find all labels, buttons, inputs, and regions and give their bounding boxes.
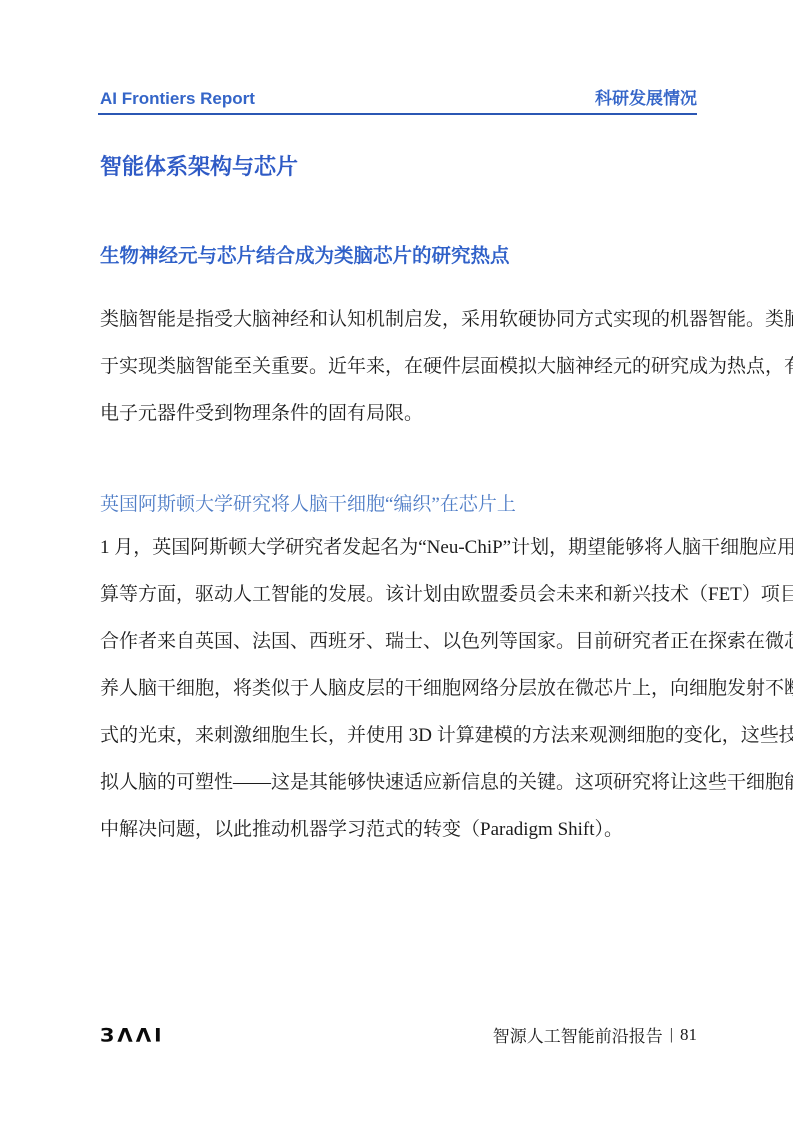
text-line: 合作者来自英国、法国、西班牙、瑞士、以色列等国家。目前研究者正在探索在微芯片上培 [100, 618, 698, 665]
header-section-label: 科研发展情况 [595, 84, 697, 109]
page-number: 81 [680, 1025, 697, 1045]
intro-paragraph: 类脑智能是指受大脑神经和认知机制启发，采用软硬协同方式实现的机器智能。类脑芯片对… [100, 296, 698, 437]
text-line: 拟人脑的可塑性——这是其能够快速适应新信息的关键。这项研究将让这些干细胞能够从数… [100, 759, 698, 806]
report-title: AI Frontiers Report [100, 89, 255, 109]
document-page: AI Frontiers Report 科研发展情况 智能体系架构与芯片 生物神… [0, 0, 793, 1122]
text-line: 1 月，英国阿斯顿大学研究者发起名为“Neu-ChiP”计划，期望能够将人脑干细… [100, 524, 698, 571]
text-line: 电子元器件受到物理条件的固有局限。 [100, 390, 698, 437]
page-footer: ЗΛΛI 智源人工智能前沿报告 | 81 [100, 1022, 697, 1047]
article-paragraph: 1 月，英国阿斯顿大学研究者发起名为“Neu-ChiP”计划，期望能够将人脑干细… [100, 524, 698, 853]
page-header: AI Frontiers Report 科研发展情况 [100, 84, 697, 109]
text-line: 类脑智能是指受大脑神经和认知机制启发，采用软硬协同方式实现的机器智能。类脑芯片对 [100, 296, 698, 343]
text-line: 中解决问题，以此推动机器学习范式的转变（Paradigm Shift）。 [100, 806, 698, 853]
footer-report-name: 智源人工智能前沿报告 [493, 1022, 663, 1047]
section-title: 智能体系架构与芯片 [100, 150, 697, 181]
article-heading: 英国阿斯顿大学研究将人脑干细胞“编织”在芯片上 [100, 489, 697, 516]
footer-report-info: 智源人工智能前沿报告 | 81 [493, 1022, 697, 1047]
text-line: 式的光束，来刺激细胞生长，并使用 3D 计算建模的方法来观测细胞的变化，这些技术… [100, 712, 698, 759]
subsection-title: 生物神经元与芯片结合成为类脑芯片的研究热点 [100, 240, 697, 268]
text-line: 算等方面，驱动人工智能的发展。该计划由欧盟委员会未来和新兴技术（FET）项目资助… [100, 571, 698, 618]
header-rule [98, 113, 697, 115]
text-line: 养人脑干细胞，将类似于人脑皮层的干细胞网络分层放在微芯片上，向细胞发射不断变化模 [100, 665, 698, 712]
footer-divider: | [670, 1026, 673, 1044]
baai-logo: ЗΛΛI [100, 1023, 165, 1045]
text-line: 于实现类脑智能至关重要。近年来，在硬件层面模拟大脑神经元的研究成为热点，有望突破 [100, 343, 698, 390]
